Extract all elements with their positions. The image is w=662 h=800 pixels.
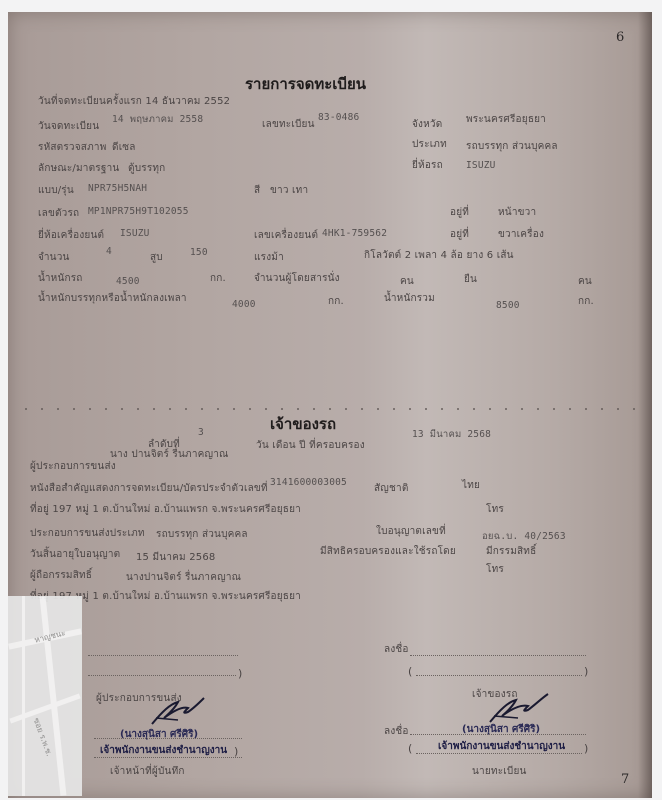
model-label: แบบ/รุ่น bbox=[38, 183, 74, 198]
standing-unit: คน bbox=[578, 274, 592, 289]
possession-date-label: วัน เดือน ปี ที่ครอบครอง bbox=[256, 438, 365, 453]
plate-label: เลขทะเบียน bbox=[262, 117, 315, 132]
weight-value: 4500 bbox=[116, 276, 140, 287]
document-page: 6 รายการจดทะเบียน วันที่จดทะเบียนครั้งแร… bbox=[8, 12, 652, 798]
right-paren-open-2: ( bbox=[408, 742, 412, 755]
map-road bbox=[9, 693, 80, 723]
possession-label: มีสิทธิครอบครองและใช้รถโดย bbox=[320, 544, 456, 559]
nationality-value: ไทย bbox=[462, 478, 480, 493]
cylinder-label: สูบ bbox=[150, 250, 163, 265]
license-number-value: อยฉ.บ. 40/2563 bbox=[482, 529, 566, 544]
operator-label: ผู้ประกอบการขนส่ง bbox=[30, 459, 116, 474]
right-sign-label-1: ลงชื่อ bbox=[384, 642, 409, 657]
engine-brand-label: ยี่ห้อเครื่องยนต์ bbox=[38, 228, 104, 243]
reg-date-value: 14 พฤษภาคม 2558 bbox=[112, 112, 203, 127]
color-value: ขาว เทา bbox=[270, 183, 308, 198]
first-registration-date: วันที่จดทะเบียนครั้งแรก 14 ธันวาคม 2552 bbox=[38, 94, 230, 109]
left-paren-close-1: ) bbox=[238, 667, 242, 680]
engine-brand-value: ISUZU bbox=[120, 228, 150, 239]
gross-weight-label: น้ำหนักรวม bbox=[384, 291, 435, 306]
reg-date-label: วันจดทะเบียน bbox=[38, 119, 99, 134]
left-sign-line-4 bbox=[94, 757, 242, 758]
axle-wheel-text: กิโลวัตต์ 2 เพลา 4 ล้อ ยาง 6 เส้น bbox=[364, 248, 514, 263]
gross-weight-unit: กก. bbox=[578, 294, 594, 309]
page-number-bottom: 7 bbox=[621, 772, 629, 787]
color-label: สี bbox=[254, 183, 260, 198]
right-sign-line-4 bbox=[416, 753, 582, 754]
weight-unit: กก. bbox=[210, 271, 226, 286]
count-label: จำนวน bbox=[38, 250, 70, 265]
count-value: 4 bbox=[106, 246, 112, 257]
right-paren-close-1: ) bbox=[584, 665, 588, 678]
right-signature-icon bbox=[486, 690, 552, 726]
model-value: NPR75H5NAH bbox=[88, 183, 147, 194]
sequence-value: 3 bbox=[198, 427, 204, 438]
id-document-label: หนังสือสำคัญแสดงการจดทะเบียน/บัตรประจำตั… bbox=[30, 481, 268, 496]
left-sign-line-2 bbox=[88, 675, 236, 676]
right-sign-line-1 bbox=[410, 655, 586, 656]
right-stamp-title: เจ้าพนักงานขนส่งชำนาญงาน bbox=[438, 739, 565, 754]
page-edge-shadow bbox=[638, 12, 652, 798]
engine-location-value: ขวาเครื่อง bbox=[498, 227, 544, 242]
right-sign-line-3 bbox=[410, 734, 586, 735]
load-unit: กก. bbox=[328, 294, 344, 309]
inspection-code-value: ดีเซล bbox=[112, 140, 136, 155]
operator-type-value: รถบรรทุก ส่วนบุคคล bbox=[156, 527, 248, 542]
load-value: 4000 bbox=[232, 299, 256, 310]
plate-value: 83-0486 bbox=[318, 112, 359, 123]
map-road bbox=[22, 596, 25, 796]
right-registrar-caption: นายทะเบียน bbox=[472, 764, 527, 779]
perforation-line bbox=[18, 408, 642, 410]
address-1: ที่อยู่ 197 หมู่ 1 ต.บ้านใหม่ อ.บ้านแพรก… bbox=[30, 502, 301, 517]
engine-location-label: อยู่ที่ bbox=[450, 227, 469, 242]
license-expiry-value: 15 มีนาคม 2568 bbox=[136, 550, 215, 565]
engine-number-label: เลขเครื่องยนต์ bbox=[254, 228, 318, 243]
horsepower-label: แรงม้า bbox=[254, 250, 284, 265]
chassis-location-label: อยู่ที่ bbox=[450, 205, 469, 220]
license-expiry-label: วันสิ้นอายุใบอนุญาต bbox=[30, 547, 120, 562]
left-stamp-title: เจ้าพนักงานขนส่งชำนาญงาน bbox=[100, 743, 227, 758]
possession-date-value: 13 มีนาคม 2568 bbox=[412, 427, 491, 442]
chassis-location-value: หน้าขวา bbox=[498, 205, 536, 220]
chassis-label: เลขตัวรถ bbox=[38, 206, 79, 221]
inspection-code-label: รหัสตรวจสภาพ bbox=[38, 140, 107, 155]
page-number-top: 6 bbox=[616, 30, 624, 45]
type-label: ประเภท bbox=[412, 137, 447, 152]
owner-title: เจ้าของรถ bbox=[270, 412, 336, 436]
load-label: น้ำหนักบรรทุกหรือน้ำหนักลงเพลา bbox=[38, 291, 187, 306]
brand-label: ยี่ห้อรถ bbox=[412, 158, 443, 173]
phone-2-label: โทร bbox=[486, 562, 504, 577]
horsepower-value: 150 bbox=[190, 247, 208, 258]
left-sign-line-3 bbox=[94, 738, 242, 739]
license-number-label: ใบอนุญาตเลขที่ bbox=[376, 524, 446, 539]
gross-weight-value: 8500 bbox=[496, 300, 520, 311]
possession-value: มีกรรมสิทธิ์ bbox=[486, 544, 536, 559]
left-recorder-caption: เจ้าหน้าที่ผู้บันทึก bbox=[110, 764, 185, 779]
right-sign-line-2 bbox=[416, 675, 582, 676]
left-stamp-name: (นางสุนิสา ศรีศิริ) bbox=[120, 727, 198, 742]
engine-number-value: 4HK1-759562 bbox=[322, 228, 387, 239]
phone-1-label: โทร bbox=[486, 502, 504, 517]
id-number-value: 3141600003005 bbox=[270, 477, 347, 488]
province-label: จังหวัด bbox=[412, 117, 442, 132]
standing-label: ยืน bbox=[464, 272, 477, 287]
registration-title: รายการจดทะเบียน bbox=[245, 72, 366, 96]
seats-label: จำนวนผู้โดยสารนั่ง bbox=[254, 271, 340, 286]
weight-label: น้ำหนักรถ bbox=[38, 271, 83, 286]
type-value: รถบรรทุก ส่วนบุคคล bbox=[466, 139, 558, 154]
province-value: พระนครศรีอยุธยา bbox=[466, 112, 546, 127]
map-overlay: หาญชนะ ซอย ร.พ.ช. bbox=[8, 596, 82, 796]
owner-label: ผู้ถือกรรมสิทธิ์ bbox=[30, 568, 92, 583]
standard-label: ลักษณะ/มาตรฐาน bbox=[38, 161, 119, 176]
operator-name: นาง ปานจิตร์ รื่นภาคญาณ bbox=[110, 447, 229, 462]
brand-value: ISUZU bbox=[466, 160, 496, 171]
left-signature-icon bbox=[148, 694, 208, 728]
right-sign-label-2: ลงชื่อ bbox=[384, 724, 409, 739]
chassis-value: MP1NPR75H9T102055 bbox=[88, 206, 189, 217]
nationality-label: สัญชาติ bbox=[374, 481, 409, 496]
owner-value: นางปานจิตร์ รื่นภาคญาณ bbox=[126, 570, 241, 585]
standard-value: ตู้บรรทุก bbox=[128, 161, 165, 176]
right-paren-close-2: ) bbox=[584, 742, 588, 755]
operator-type-label: ประกอบการขนส่งประเภท bbox=[30, 526, 145, 541]
seats-unit: คน bbox=[400, 274, 414, 289]
right-paren-open-1: ( bbox=[408, 665, 412, 678]
left-sign-line-1 bbox=[88, 655, 238, 656]
